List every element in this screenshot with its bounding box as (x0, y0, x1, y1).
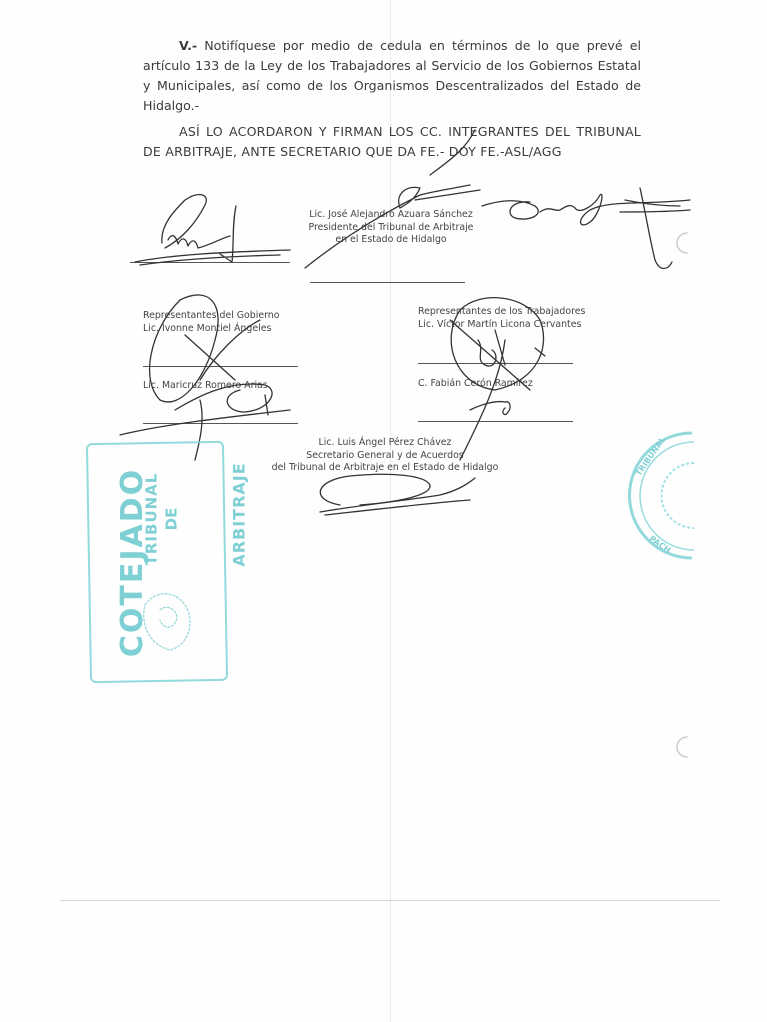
stamp-de-text: DE (162, 508, 180, 531)
punch-hole-mark (672, 228, 702, 258)
document-page: V.- Notifíquese por medio de cedula en t… (0, 0, 767, 1022)
stamp-tribunal-text: TRIBUNAL (142, 473, 160, 566)
punch-hole-mark (672, 732, 702, 762)
stamp-arbitraje-text: ARBITRAJE (230, 462, 249, 566)
round-seal-stamp (622, 428, 767, 568)
coat-of-arms-icon (135, 585, 215, 665)
